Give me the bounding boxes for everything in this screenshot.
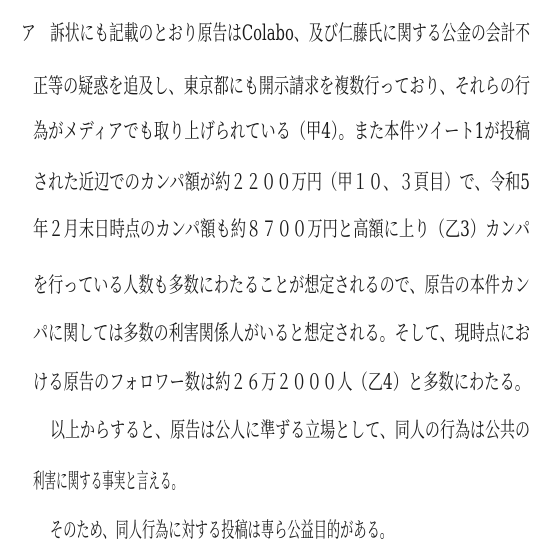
text-line: 利害に関する事実と言える。 (33, 468, 183, 494)
text-line-content: そのため、同人行為に対する投稿は専ら公益目的がある。 (50, 517, 393, 543)
document-page: ア 訴状にも記載のとおり原告はColabo、及び仁藤氏に関する公金の会計不正等の… (0, 0, 557, 557)
text-line: パに関しては多数の利害関係人がいると想定される。そして、現時点にお (33, 320, 530, 346)
text-line-content: を行っている人数も多数にわたることが想定されるので、原告の本件カン (33, 272, 530, 298)
text-line: ける原告のフォロワー数は約２６万２０００人（乙4）と多数にわたる。 (33, 369, 530, 395)
text-line: 正等の疑惑を追及し、東京都にも開示請求を複数行っており、それらの行 (33, 73, 530, 99)
text-line: 為がメディアでも取り上げられている（甲4）。また本件ツイート1が投稿 (33, 118, 530, 144)
text-line-content: された近辺でのカンパ額が約２２００万円（甲１０、３頁目）で、令和5 (33, 169, 530, 195)
text-line-content: 正等の疑惑を追及し、東京都にも開示請求を複数行っており、それらの行 (33, 73, 530, 99)
text-line-content: ける原告のフォロワー数は約２６万２０００人（乙4）と多数にわたる。 (33, 369, 530, 395)
text-line-content: 為がメディアでも取り上げられている（甲4）。また本件ツイート1が投稿 (33, 118, 530, 144)
item-label: ア (21, 20, 36, 46)
text-line: そのため、同人行為に対する投稿は専ら公益目的がある。 (50, 517, 393, 543)
text-line: 以上からすると、原告は公人に準ずる立場として、同人の行為は公共の (50, 417, 530, 443)
text-line: 年２月末日時点のカンパ額も約８７００万円と高額に上り（乙3）カンパ (33, 216, 530, 242)
text-line: された近辺でのカンパ額が約２２００万円（甲１０、３頁目）で、令和5 (33, 169, 530, 195)
text-line-content: 以上からすると、原告は公人に準ずる立場として、同人の行為は公共の (50, 417, 530, 443)
text-line: 訴状にも記載のとおり原告はColabo、及び仁藤氏に関する公金の会計不 (50, 20, 530, 46)
text-line-content: 訴状にも記載のとおり原告はColabo、及び仁藤氏に関する公金の会計不 (50, 20, 530, 46)
text-line-content: パに関しては多数の利害関係人がいると想定される。そして、現時点にお (33, 320, 530, 346)
text-line-content: 年２月末日時点のカンパ額も約８７００万円と高額に上り（乙3）カンパ (33, 216, 530, 242)
text-line-content: 利害に関する事実と言える。 (33, 468, 183, 494)
text-line: を行っている人数も多数にわたることが想定されるので、原告の本件カン (33, 272, 530, 298)
